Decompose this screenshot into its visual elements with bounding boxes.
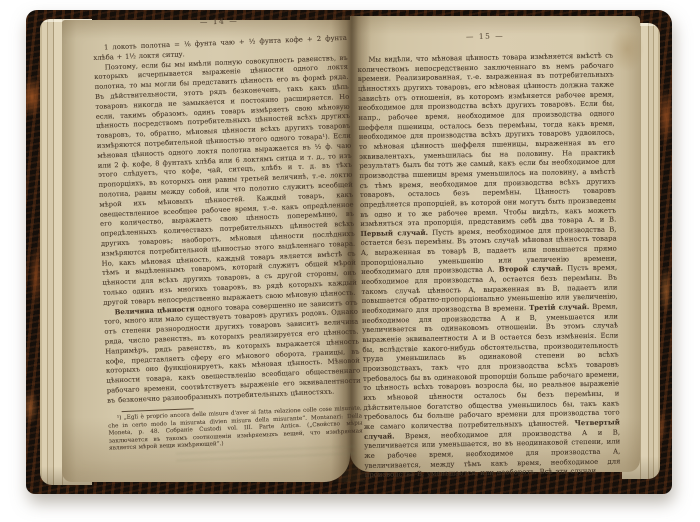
- paragraph: Поэтому, если бы мы имѣли полную совокуп…: [94, 53, 358, 308]
- paragraph: Величина цѣнности одного товара совершен…: [103, 298, 361, 406]
- photo-background: — 14 — 1 локоть полотна = ⅛ фунта чаю + …: [0, 0, 700, 522]
- text-run: Мы видѣли, что мѣновая цѣнность товара и…: [358, 52, 617, 229]
- left-page-content: — 14 — 1 локоть полотна = ⅛ фунта чаю + …: [92, 12, 363, 454]
- text-run: Время, необходимое для производства А и …: [362, 303, 620, 431]
- text-run: Поэтому, если бы мы имѣли полную совокуп…: [94, 53, 357, 306]
- open-book: — 14 — 1 локоть полотна = ⅛ фунта чаю + …: [26, 10, 672, 494]
- paragraph: Мы видѣли, что мѣновая цѣнность товара и…: [357, 52, 620, 481]
- right-page-content: — 15 — Мы видѣли, что мѣновая цѣнность т…: [357, 30, 621, 481]
- bold-text-run: Первый случай.: [360, 229, 428, 238]
- page-15-text: Мы видѣли, что мѣновая цѣнность товара и…: [357, 52, 620, 481]
- text-run: Время, необходимое для производства А и …: [364, 428, 620, 479]
- page-14-text: 1 локоть полотна = ⅛ фунта чаю + ½ фунта…: [93, 34, 361, 406]
- bold-text-run: Второй случай.: [499, 265, 563, 274]
- bold-text-run: Третій случай.: [529, 303, 589, 312]
- paper-stain: [610, 26, 644, 72]
